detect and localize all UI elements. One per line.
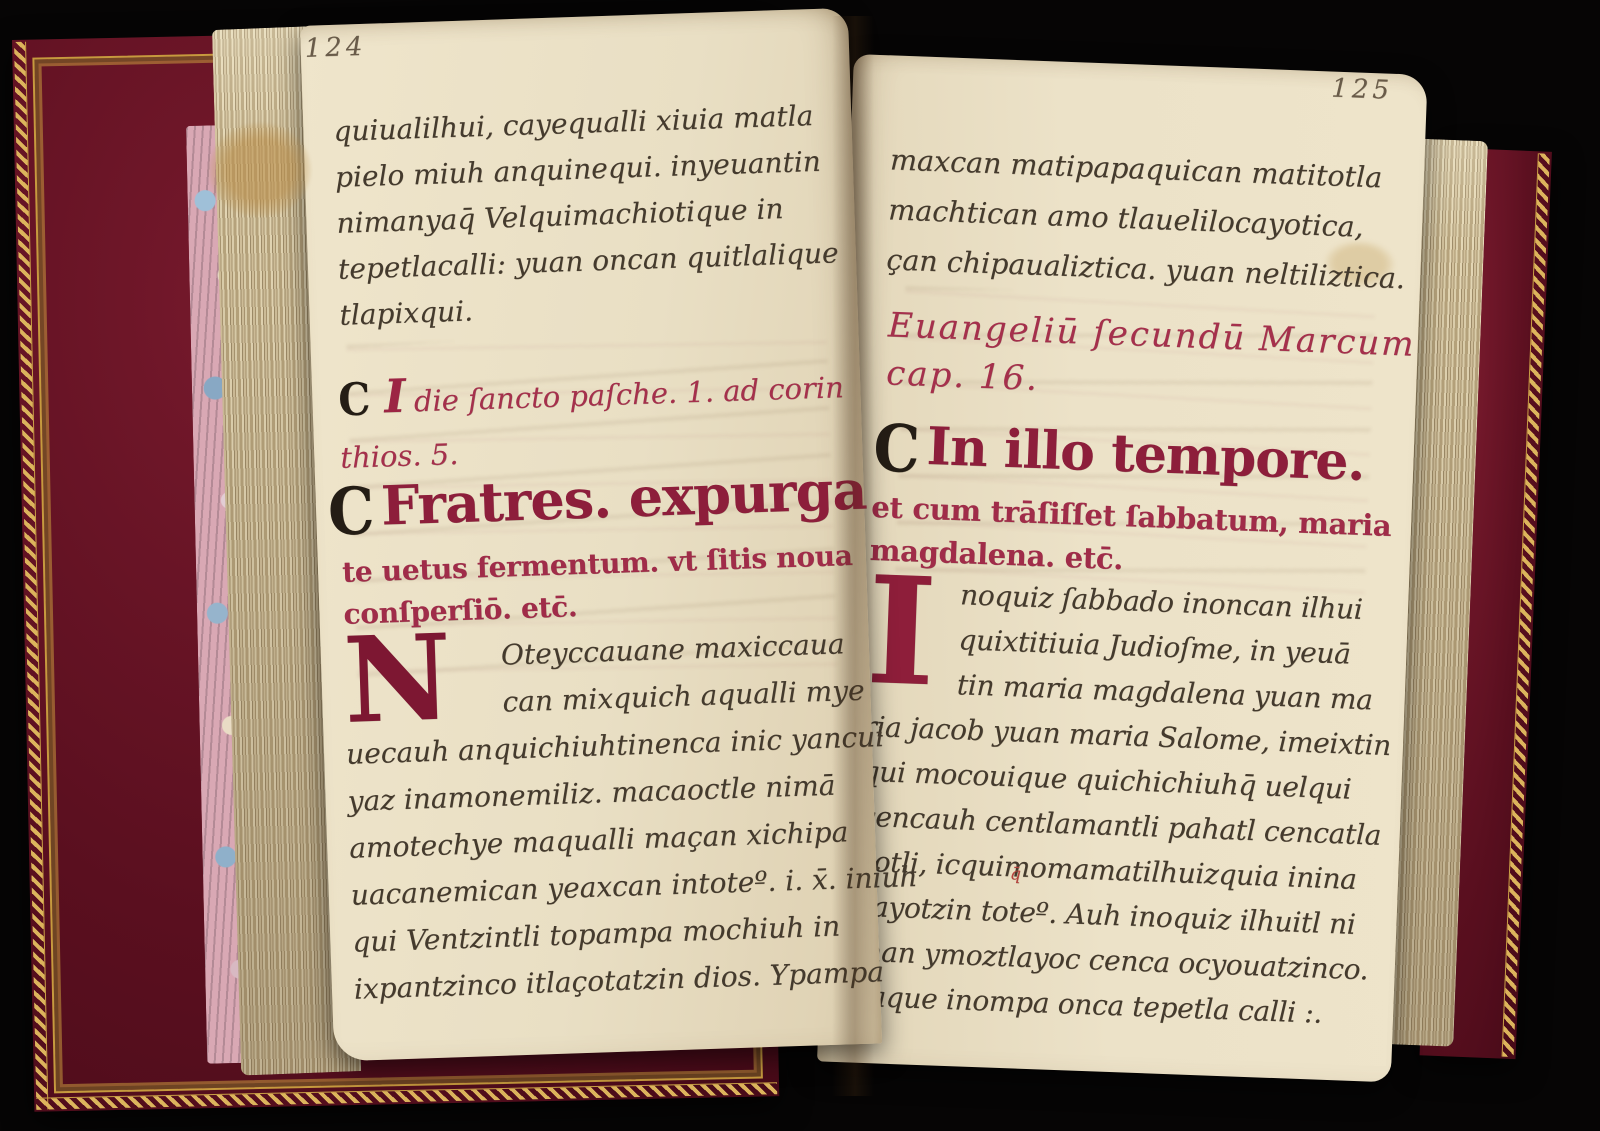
right-page: 125 maxcan matipapaquican matitotla mach… xyxy=(817,54,1428,1082)
rubric-initial: I xyxy=(383,369,406,424)
nahuatl-paragraph: quiualilhui, cayequalli xiuia matla piel… xyxy=(333,92,841,338)
rubric-text: die ſancto paſche. 1. ad corin xyxy=(413,370,844,418)
gospel-rubric: Euangeliū ſecundū Marcum cap. 16. xyxy=(885,301,1416,416)
folio-number-right: 125 xyxy=(1331,74,1394,106)
left-page: 124 quiualilhui, cayequalli xiuia matla … xyxy=(300,8,882,1062)
nahuatl-paragraph: maxcan matipapaquican matitotla machtica… xyxy=(886,135,1410,304)
nahuatl-paragraph: I noquiz ſabbado inoncan ilhui quixtitiu… xyxy=(853,569,1405,1038)
incipit-text: In illo tempore. xyxy=(926,416,1366,493)
scribal-correction-mark: q̄ xyxy=(1009,852,1021,897)
capitulum-mark-icon: C xyxy=(327,466,375,557)
gold-dentelle-border-icon xyxy=(1502,153,1550,1057)
gospel-incipit: CIn illo tempore. et cum trāſiſſet ſabba… xyxy=(869,407,1395,591)
manuscript-photo: 124 quiualilhui, cayequalli xiuia matla … xyxy=(0,0,1600,1131)
incipit-text: Fratres. expurga xyxy=(380,457,867,537)
folio-number-left: 124 xyxy=(304,32,367,64)
capitulum-mark-icon: C xyxy=(337,370,371,432)
nahuatl-paragraph: N Oteyccauane maxiccaua can mixquich aqu… xyxy=(342,620,878,1013)
capitulum-mark-icon: C xyxy=(872,405,920,492)
illuminated-initial-N: N xyxy=(342,632,503,731)
illuminated-initial-I: I xyxy=(864,569,961,707)
